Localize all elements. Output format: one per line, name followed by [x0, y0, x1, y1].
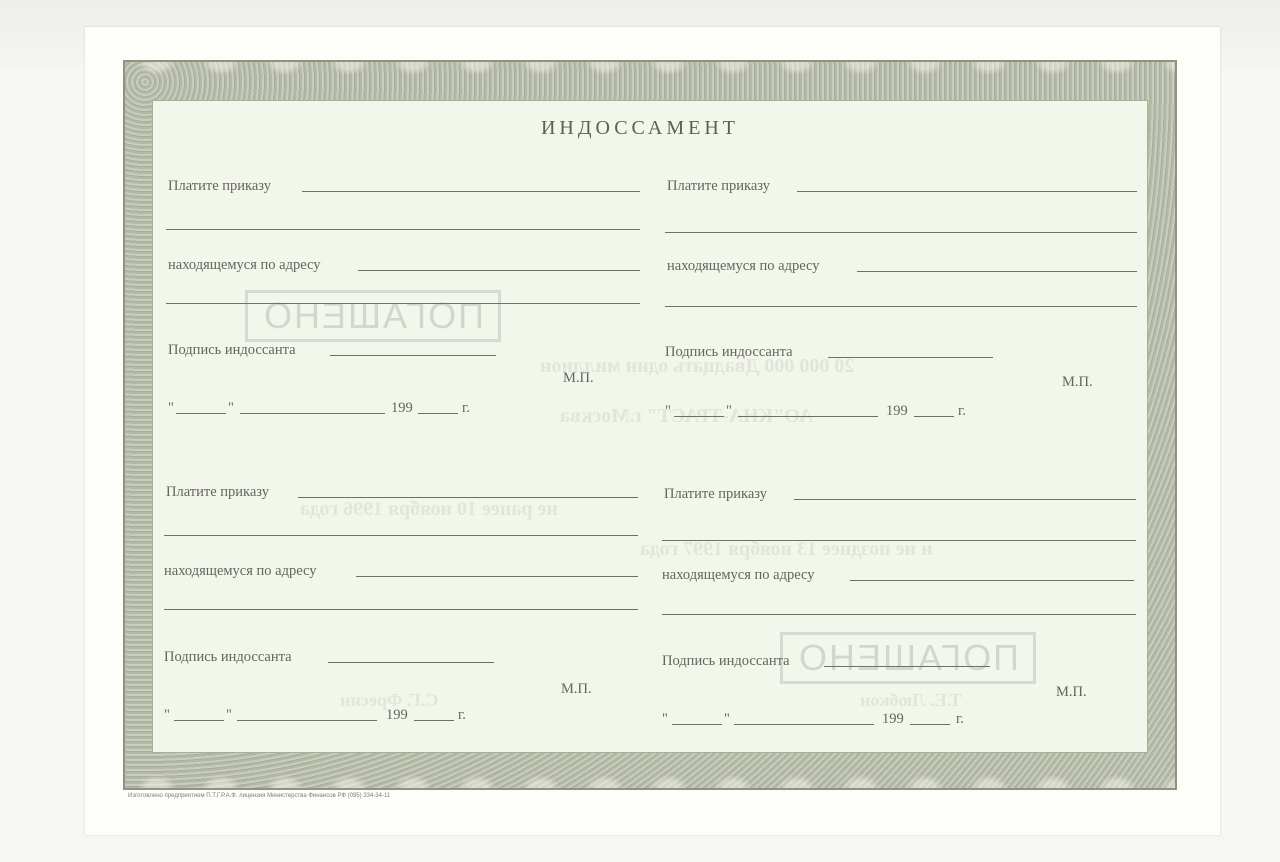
- pay-to-line[interactable]: [298, 497, 638, 498]
- pay-to-label: Платите приказу: [667, 178, 770, 195]
- seal-label: М.П.: [561, 681, 592, 698]
- year-suffix: г.: [458, 707, 466, 724]
- bleed-stamp-bottom: ПОГАШЕНО: [780, 632, 1036, 684]
- bleed-signer-2: Т.Е. Любкон: [860, 690, 961, 711]
- bleed-line-3: не ранее 10 ноября 1996 года: [300, 498, 558, 521]
- quote-open: ": [665, 403, 671, 420]
- signature-label: Подпись индоссанта: [164, 649, 292, 666]
- month-line[interactable]: [738, 416, 878, 417]
- pay-to-label: Платите приказу: [166, 484, 269, 501]
- year-line[interactable]: [910, 724, 950, 725]
- address-line[interactable]: [857, 271, 1137, 272]
- signature-line[interactable]: [824, 666, 990, 667]
- quote-open: ": [168, 400, 174, 417]
- address-line-2[interactable]: [164, 609, 638, 610]
- year-line[interactable]: [414, 720, 454, 721]
- year-line[interactable]: [914, 416, 954, 417]
- year-prefix: 199: [386, 707, 408, 724]
- quote-close: ": [228, 400, 234, 417]
- address-label: находящемуся по адресу: [667, 258, 820, 275]
- address-line[interactable]: [356, 576, 638, 577]
- quote-close: ": [724, 711, 730, 728]
- month-line[interactable]: [237, 720, 377, 721]
- address-line-2[interactable]: [665, 306, 1137, 307]
- signature-line[interactable]: [328, 662, 494, 663]
- day-line[interactable]: [672, 724, 722, 725]
- year-suffix: г.: [462, 400, 470, 417]
- day-line[interactable]: [674, 416, 724, 417]
- pay-to-line-2[interactable]: [665, 232, 1137, 233]
- signature-line[interactable]: [828, 357, 993, 358]
- signature-label: Подпись индоссанта: [662, 653, 790, 670]
- page-title: ИНДОССАМЕНТ: [0, 117, 1280, 140]
- signature-label: Подпись индоссанта: [168, 342, 296, 359]
- address-line[interactable]: [358, 270, 640, 271]
- quote-open: ": [164, 707, 170, 724]
- pay-to-line[interactable]: [794, 499, 1136, 500]
- address-label: находящемуся по адресу: [168, 257, 321, 274]
- bleed-line-4: и не позднее 13 ноября 1997 года: [640, 538, 933, 561]
- address-line-2[interactable]: [166, 303, 640, 304]
- address-label: находящемуся по адресу: [164, 563, 317, 580]
- quote-close: ": [226, 707, 232, 724]
- year-suffix: г.: [958, 403, 966, 420]
- month-line[interactable]: [734, 724, 874, 725]
- pay-to-line[interactable]: [302, 191, 640, 192]
- printer-footer: Изготовлено предприятием П.Т.Г.Р.А.Ф. ли…: [128, 793, 390, 799]
- signature-line[interactable]: [330, 355, 496, 356]
- year-prefix: 199: [882, 711, 904, 728]
- seal-label: М.П.: [1056, 684, 1087, 701]
- bleed-stamp-top: ПОГАШЕНО: [245, 290, 501, 342]
- pay-to-line-2[interactable]: [662, 540, 1136, 541]
- address-line[interactable]: [850, 580, 1134, 581]
- quote-open: ": [662, 711, 668, 728]
- day-line[interactable]: [174, 720, 224, 721]
- signature-label: Подпись индоссанта: [665, 344, 793, 361]
- seal-label: М.П.: [1062, 374, 1093, 391]
- year-prefix: 199: [391, 400, 413, 417]
- pay-to-label: Платите приказу: [168, 178, 271, 195]
- month-line[interactable]: [240, 413, 385, 414]
- pay-to-line-2[interactable]: [166, 229, 640, 230]
- quote-close: ": [726, 403, 732, 420]
- pay-to-line[interactable]: [797, 191, 1137, 192]
- year-line[interactable]: [418, 413, 458, 414]
- day-line[interactable]: [176, 413, 226, 414]
- address-label: находящемуся по адресу: [662, 567, 815, 584]
- year-prefix: 199: [886, 403, 908, 420]
- pay-to-line-2[interactable]: [164, 535, 638, 536]
- seal-label: М.П.: [563, 370, 594, 387]
- year-suffix: г.: [956, 711, 964, 728]
- pay-to-label: Платите приказу: [664, 486, 767, 503]
- address-line-2[interactable]: [662, 614, 1136, 615]
